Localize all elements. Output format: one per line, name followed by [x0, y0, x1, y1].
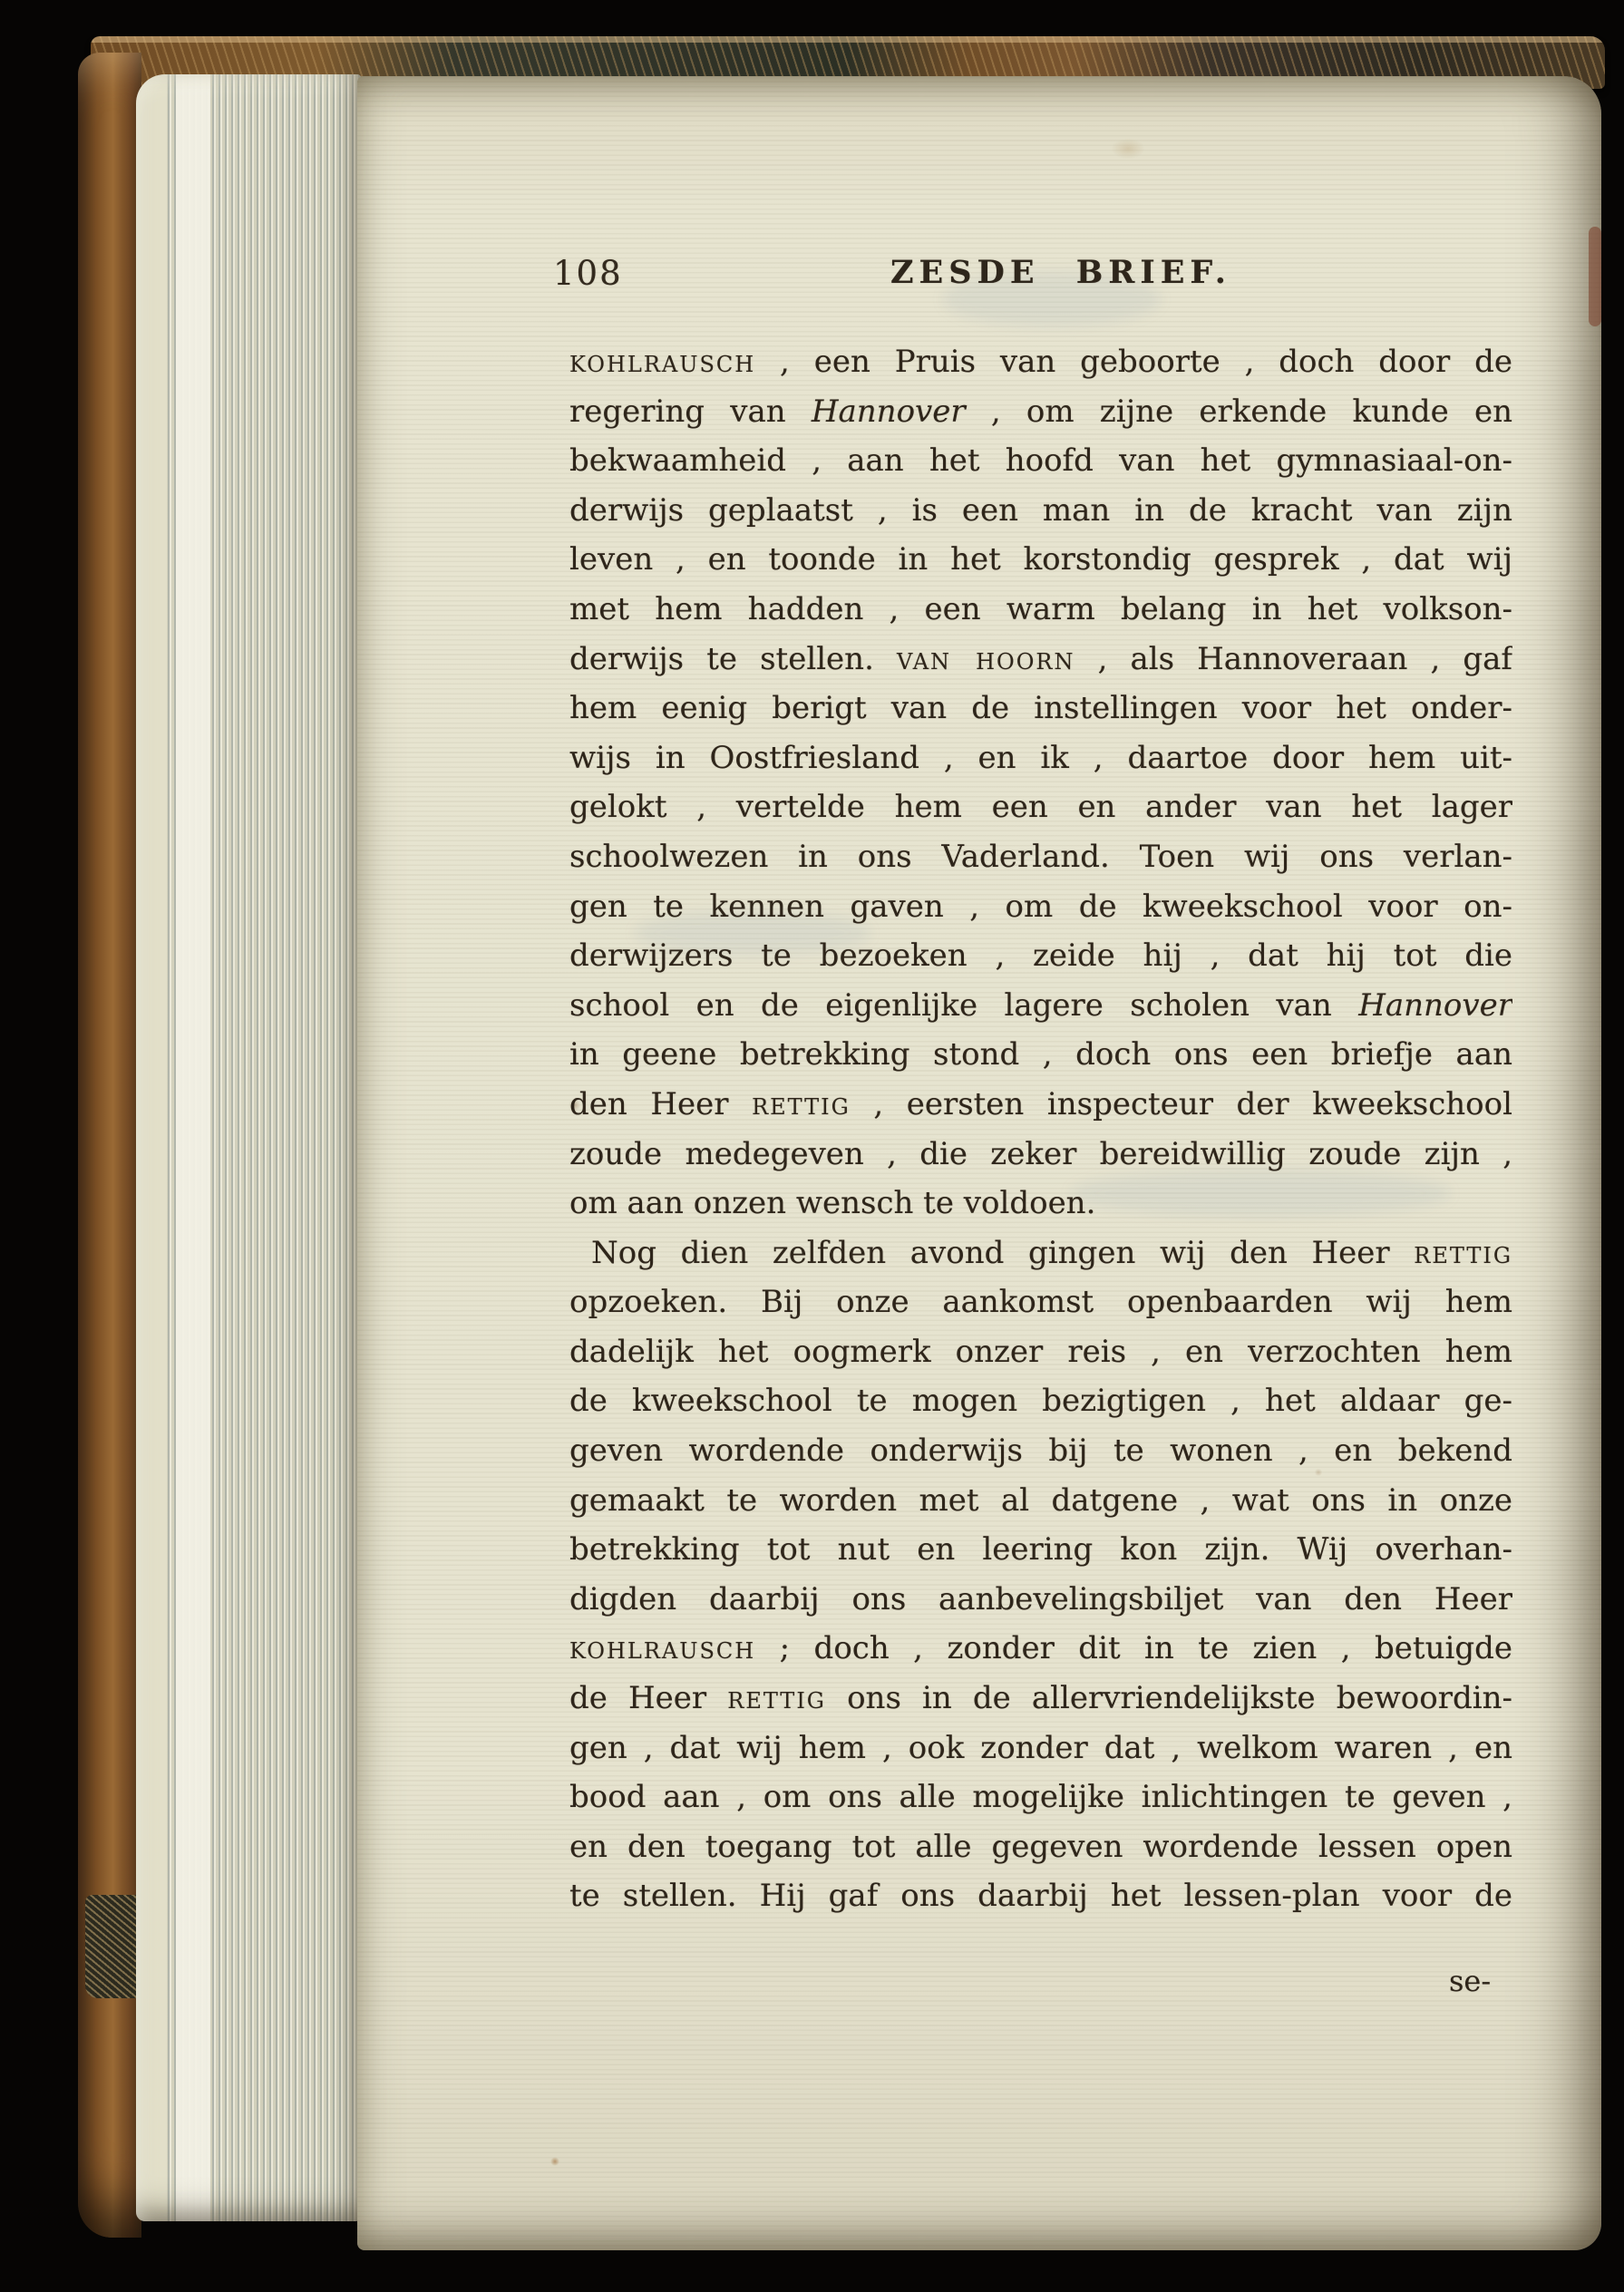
body-line: bood aan , om ons alle mogelijke inlicht…: [569, 1772, 1512, 1822]
body-line: gemaakt te worden met al datgene , wat o…: [569, 1476, 1512, 1526]
body-line: derwijs geplaatst , is een man in de kra…: [569, 486, 1512, 536]
body-line: Nog dien zelfden avond gingen wij den He…: [569, 1229, 1512, 1278]
body-line: zoude medegeven , die zeker bereidwillig…: [569, 1130, 1512, 1180]
body-line: digden daarbij ons aanbevelingsbiljet va…: [569, 1575, 1512, 1625]
body-line: regering van Hannover , om zijne erkende…: [569, 387, 1512, 437]
catchword: se-: [1449, 1964, 1491, 1998]
body-line: schoolwezen in ons Vaderland. Toen wij o…: [569, 832, 1512, 882]
body-line: om aan onzen wensch te voldoen.: [569, 1179, 1512, 1229]
body-line: den Heer rettig , eersten inspecteur der…: [569, 1080, 1512, 1130]
body-line: kohlrausch , een Pruis van geboorte , do…: [569, 337, 1512, 387]
body-line: en den toegang tot alle gegeven wordende…: [569, 1822, 1512, 1872]
page-corner-edge: [1589, 227, 1601, 326]
body-line: de kweekschool te mogen bezigtigen , het…: [569, 1376, 1512, 1426]
body-line: in geene betrekking stond , doch ons een…: [569, 1030, 1512, 1080]
body-line: met hem hadden , een warm belang in het …: [569, 585, 1512, 635]
body-line: de Heer rettig ons in de allervriendelij…: [569, 1674, 1512, 1724]
body-line: gen , dat wij hem , ook zonder dat , wel…: [569, 1724, 1512, 1773]
body-line: betrekking tot nut en leering kon zijn. …: [569, 1525, 1512, 1575]
body-line: kohlrausch ; doch , zonder dit in te zie…: [569, 1624, 1512, 1674]
body-line: dadelijk het oogmerk onzer reis , en ver…: [569, 1327, 1512, 1377]
book-photo: 108 ZESDE BRIEF. kohlrausch , een Pruis …: [0, 0, 1624, 2292]
page-fore-edges: [136, 74, 361, 2221]
body-line: hem eenig berigt van de instellingen voo…: [569, 684, 1512, 733]
body-line: gelokt , vertelde hem een en ander van h…: [569, 782, 1512, 832]
body-line: geven wordende onderwijs bij te wonen , …: [569, 1426, 1512, 1476]
body-line: derwijzers te bezoeken , zeide hij , dat…: [569, 931, 1512, 981]
body-line: leven , en toonde in het korstondig gesp…: [569, 535, 1512, 585]
body-line: bekwaamheid , aan het hoofd van het gymn…: [569, 436, 1512, 486]
body-line: te stellen. Hij gaf ons daarbij het less…: [569, 1871, 1512, 1921]
page-number: 108: [553, 254, 623, 293]
body-text: kohlrausch , een Pruis van geboorte , do…: [569, 337, 1512, 1921]
body-line: school en de eigenlijke lagere scholen v…: [569, 981, 1512, 1031]
body-line: derwijs te stellen. van hoorn , als Hann…: [569, 635, 1512, 685]
body-line: wijs in Oostfriesland , en ik , daartoe …: [569, 733, 1512, 783]
body-line: gen te kennen gaven , om de kweekschool …: [569, 882, 1512, 932]
body-line: opzoeken. Bij onze aankomst openbaarden …: [569, 1277, 1512, 1327]
running-header: ZESDE BRIEF.: [890, 254, 1231, 291]
